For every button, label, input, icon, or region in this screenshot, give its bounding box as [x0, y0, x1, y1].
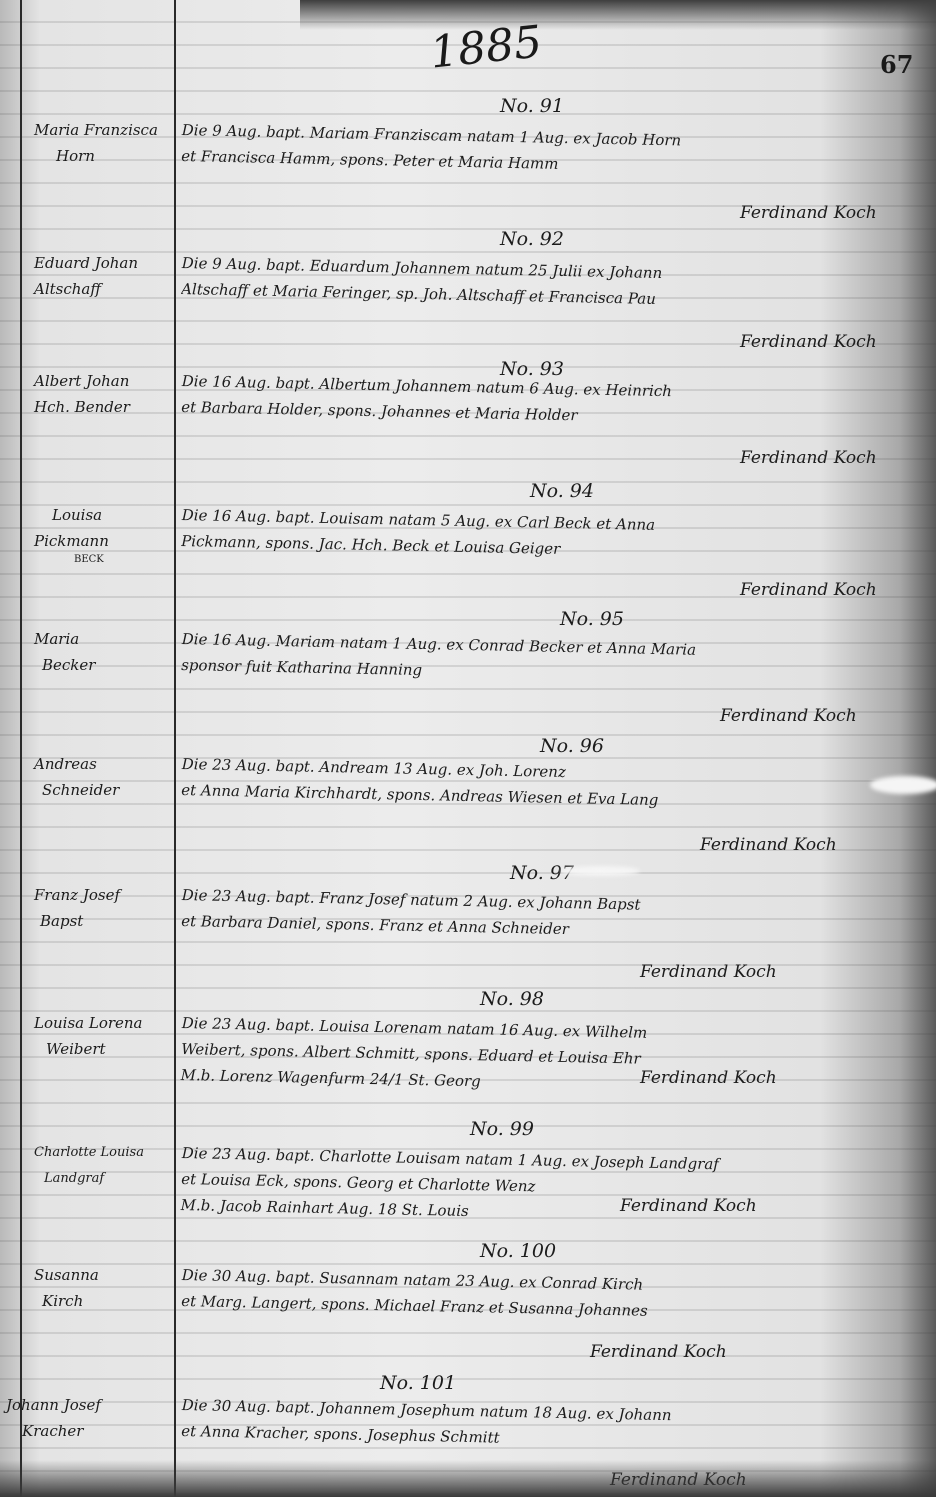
entry-text: Die 23 Aug. bapt. Andream 13 Aug. ex Joh… — [181, 751, 912, 818]
entry-margin-name: Albert Johan Hch. Bender — [34, 368, 174, 420]
entry-signature: Ferdinand Koch — [740, 203, 877, 223]
paper-tear — [560, 866, 640, 876]
entry-signature: Ferdinand Koch — [700, 835, 837, 855]
entry-signature: Ferdinand Koch — [640, 1068, 777, 1088]
entry-text: Die 16 Aug. bapt. Louisam natam 5 Aug. e… — [181, 502, 912, 569]
page-number: 67 — [880, 50, 913, 79]
entry-margin-name: Franz Josef Bapst — [34, 882, 174, 934]
entry-margin-name: Maria Franzisca Horn — [34, 117, 174, 169]
entry-margin-name: Susanna Kirch — [34, 1262, 174, 1314]
entry-margin-name: Charlotte Louisa Landgraf — [34, 1140, 174, 1192]
page-year: 1885 — [428, 16, 545, 78]
margin-rule-inner — [174, 0, 176, 1497]
entry-number: No. 100 — [480, 1240, 556, 1262]
entry-signature: Ferdinand Koch — [740, 332, 877, 352]
scan-shadow-top — [300, 0, 936, 30]
entry-number: No. 92 — [500, 228, 564, 250]
entry-text: Die 30 Aug. bapt. Johannem Josephum natu… — [181, 1392, 912, 1459]
entry-signature: Ferdinand Koch — [620, 1196, 757, 1216]
scan-shadow-bottom — [0, 1460, 936, 1497]
entry-margin-name: Eduard Johan Altschaff — [34, 250, 174, 302]
entry-text: Die 23 Aug. bapt. Charlotte Louisam nata… — [180, 1140, 911, 1233]
entry-text: Die 23 Aug. bapt. Louisa Lorenam natam 1… — [180, 1010, 911, 1103]
entry-text: Die 23 Aug. bapt. Franz Josef natum 2 Au… — [181, 882, 912, 949]
entry-number: No. 94 — [530, 480, 594, 502]
entry-signature: Ferdinand Koch — [720, 706, 857, 726]
entry-signature: Ferdinand Koch — [740, 448, 877, 468]
entry-text: Die 9 Aug. bapt. Eduardum Johannem natum… — [181, 250, 912, 317]
entry-number: No. 91 — [500, 95, 564, 117]
entry-number: No. 96 — [540, 735, 604, 757]
entry-margin-name: Louisa Lorena Weibert — [34, 1010, 174, 1062]
entry-signature: Ferdinand Koch — [640, 962, 777, 982]
entry-number: No. 95 — [560, 608, 624, 630]
register-page: 1885 67 No. 91 Maria Franzisca Horn Die … — [0, 0, 936, 1497]
entry-margin-name: Andreas Schneider — [34, 751, 174, 803]
entry-text: Die 16 Aug. Mariam natam 1 Aug. ex Conra… — [181, 626, 912, 693]
margin-rule-outer — [20, 0, 22, 1497]
entry-text: Die 30 Aug. bapt. Susannam natam 23 Aug.… — [181, 1262, 912, 1329]
entry-margin-name: Maria Becker — [34, 626, 174, 678]
entry-signature: Ferdinand Koch — [590, 1342, 727, 1362]
entry-number: No. 99 — [470, 1118, 534, 1140]
entry-number: No. 98 — [480, 988, 544, 1010]
entry-margin-name: Johann Josef Kracher — [6, 1392, 146, 1444]
paper-tear — [870, 776, 936, 794]
entry-text: Die 16 Aug. bapt. Albertum Johannem natu… — [181, 368, 912, 435]
entry-number: No. 101 — [380, 1372, 456, 1394]
entry-margin-name: Louisa Pickmann BECK — [34, 502, 174, 566]
entry-text: Die 9 Aug. bapt. Mariam Franziscam natam… — [181, 117, 912, 184]
entry-signature: Ferdinand Koch — [740, 580, 877, 600]
margin-note: BECK — [34, 554, 174, 566]
